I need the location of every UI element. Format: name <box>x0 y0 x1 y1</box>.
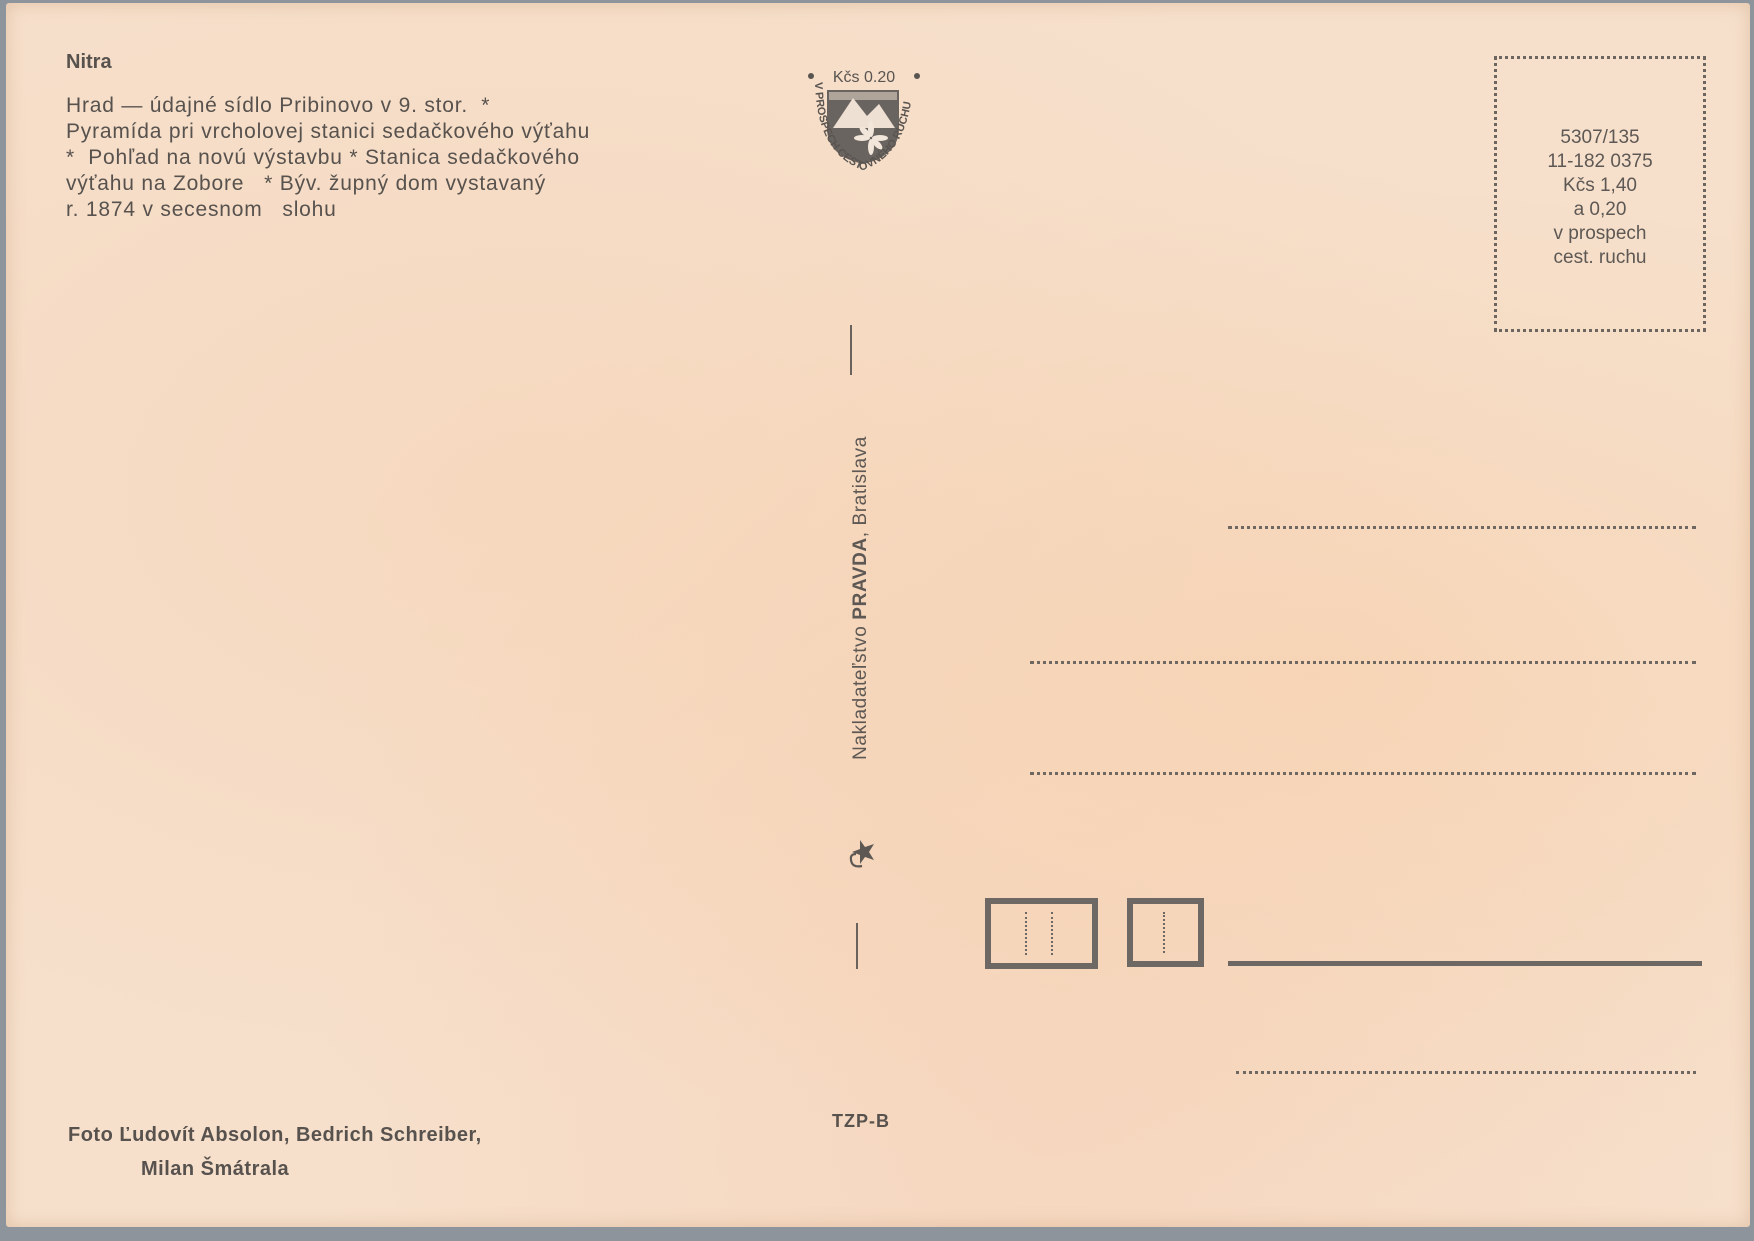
price-line: a 0,20 <box>1497 198 1703 222</box>
address-line-1[interactable] <box>1228 526 1696 529</box>
price-line: v prospech <box>1497 222 1703 246</box>
print-code: TZP-B <box>832 1111 890 1132</box>
country-line[interactable] <box>1236 1071 1696 1074</box>
postcard-back: Nitra Hrad — údajné sídlo Pribinovo v 9.… <box>6 3 1750 1227</box>
pravda-star-logo-icon <box>846 836 882 872</box>
address-line-3[interactable] <box>1030 772 1696 775</box>
photo-credits: Foto Ľudovít Absolon, Bedrich Schreiber,… <box>68 1118 482 1186</box>
postal-code-box-2[interactable] <box>1127 898 1204 967</box>
price-line: 11-182 0375 <box>1497 150 1703 174</box>
price-line: 5307/135 <box>1497 126 1703 150</box>
price-info: 5307/135 11-182 0375 Kčs 1,40 a 0,20 v p… <box>1497 126 1703 270</box>
address-line-2[interactable] <box>1030 661 1696 664</box>
credits-line-2: Milan Šmátrala <box>68 1152 482 1186</box>
digit-divider <box>1025 912 1027 955</box>
caption-line: * Pohľad na novú výstavbu * Stanica seda… <box>66 145 590 171</box>
credits-line-1: Foto Ľudovít Absolon, Bedrich Schreiber, <box>68 1118 482 1152</box>
stamp-placement-box: 5307/135 11-182 0375 Kčs 1,40 a 0,20 v p… <box>1494 56 1706 332</box>
center-divider-top <box>850 325 852 375</box>
mountain-edelweiss-shield-icon: Kčs 0.20 V PROSPECH CESTOVNÉHO RUCHU <box>801 58 926 178</box>
digit-divider <box>1163 912 1165 953</box>
digit-divider <box>1051 912 1053 955</box>
caption-line: r. 1874 v secesnom slohu <box>66 197 590 223</box>
publisher-name: PRAVDA <box>850 537 871 619</box>
caption-line: výťahu na Zobore * Býv. župný dom vystav… <box>66 171 590 197</box>
photo-captions: Hrad — údajné sídlo Pribinovo v 9. stor.… <box>66 93 590 223</box>
stamp-price: Kčs 0.20 <box>833 69 895 86</box>
caption-line: Pyramída pri vrcholovej stanici sedačkov… <box>66 119 590 145</box>
postal-code-box-1[interactable] <box>985 898 1098 969</box>
postcard-title: Nitra <box>66 51 112 74</box>
caption-line: Hrad — údajné sídlo Pribinovo v 9. stor.… <box>66 93 590 119</box>
publisher-prefix: Nakladateľstvo <box>850 620 871 760</box>
publisher-city: , Bratislava <box>850 436 871 537</box>
price-line: Kčs 1,40 <box>1497 174 1703 198</box>
publisher-imprint: Nakladateľstvo PRAVDA, Bratislava <box>850 436 872 760</box>
price-line: cest. ruchu <box>1497 246 1703 270</box>
city-line[interactable] <box>1228 961 1702 966</box>
center-divider-bottom <box>856 923 858 969</box>
